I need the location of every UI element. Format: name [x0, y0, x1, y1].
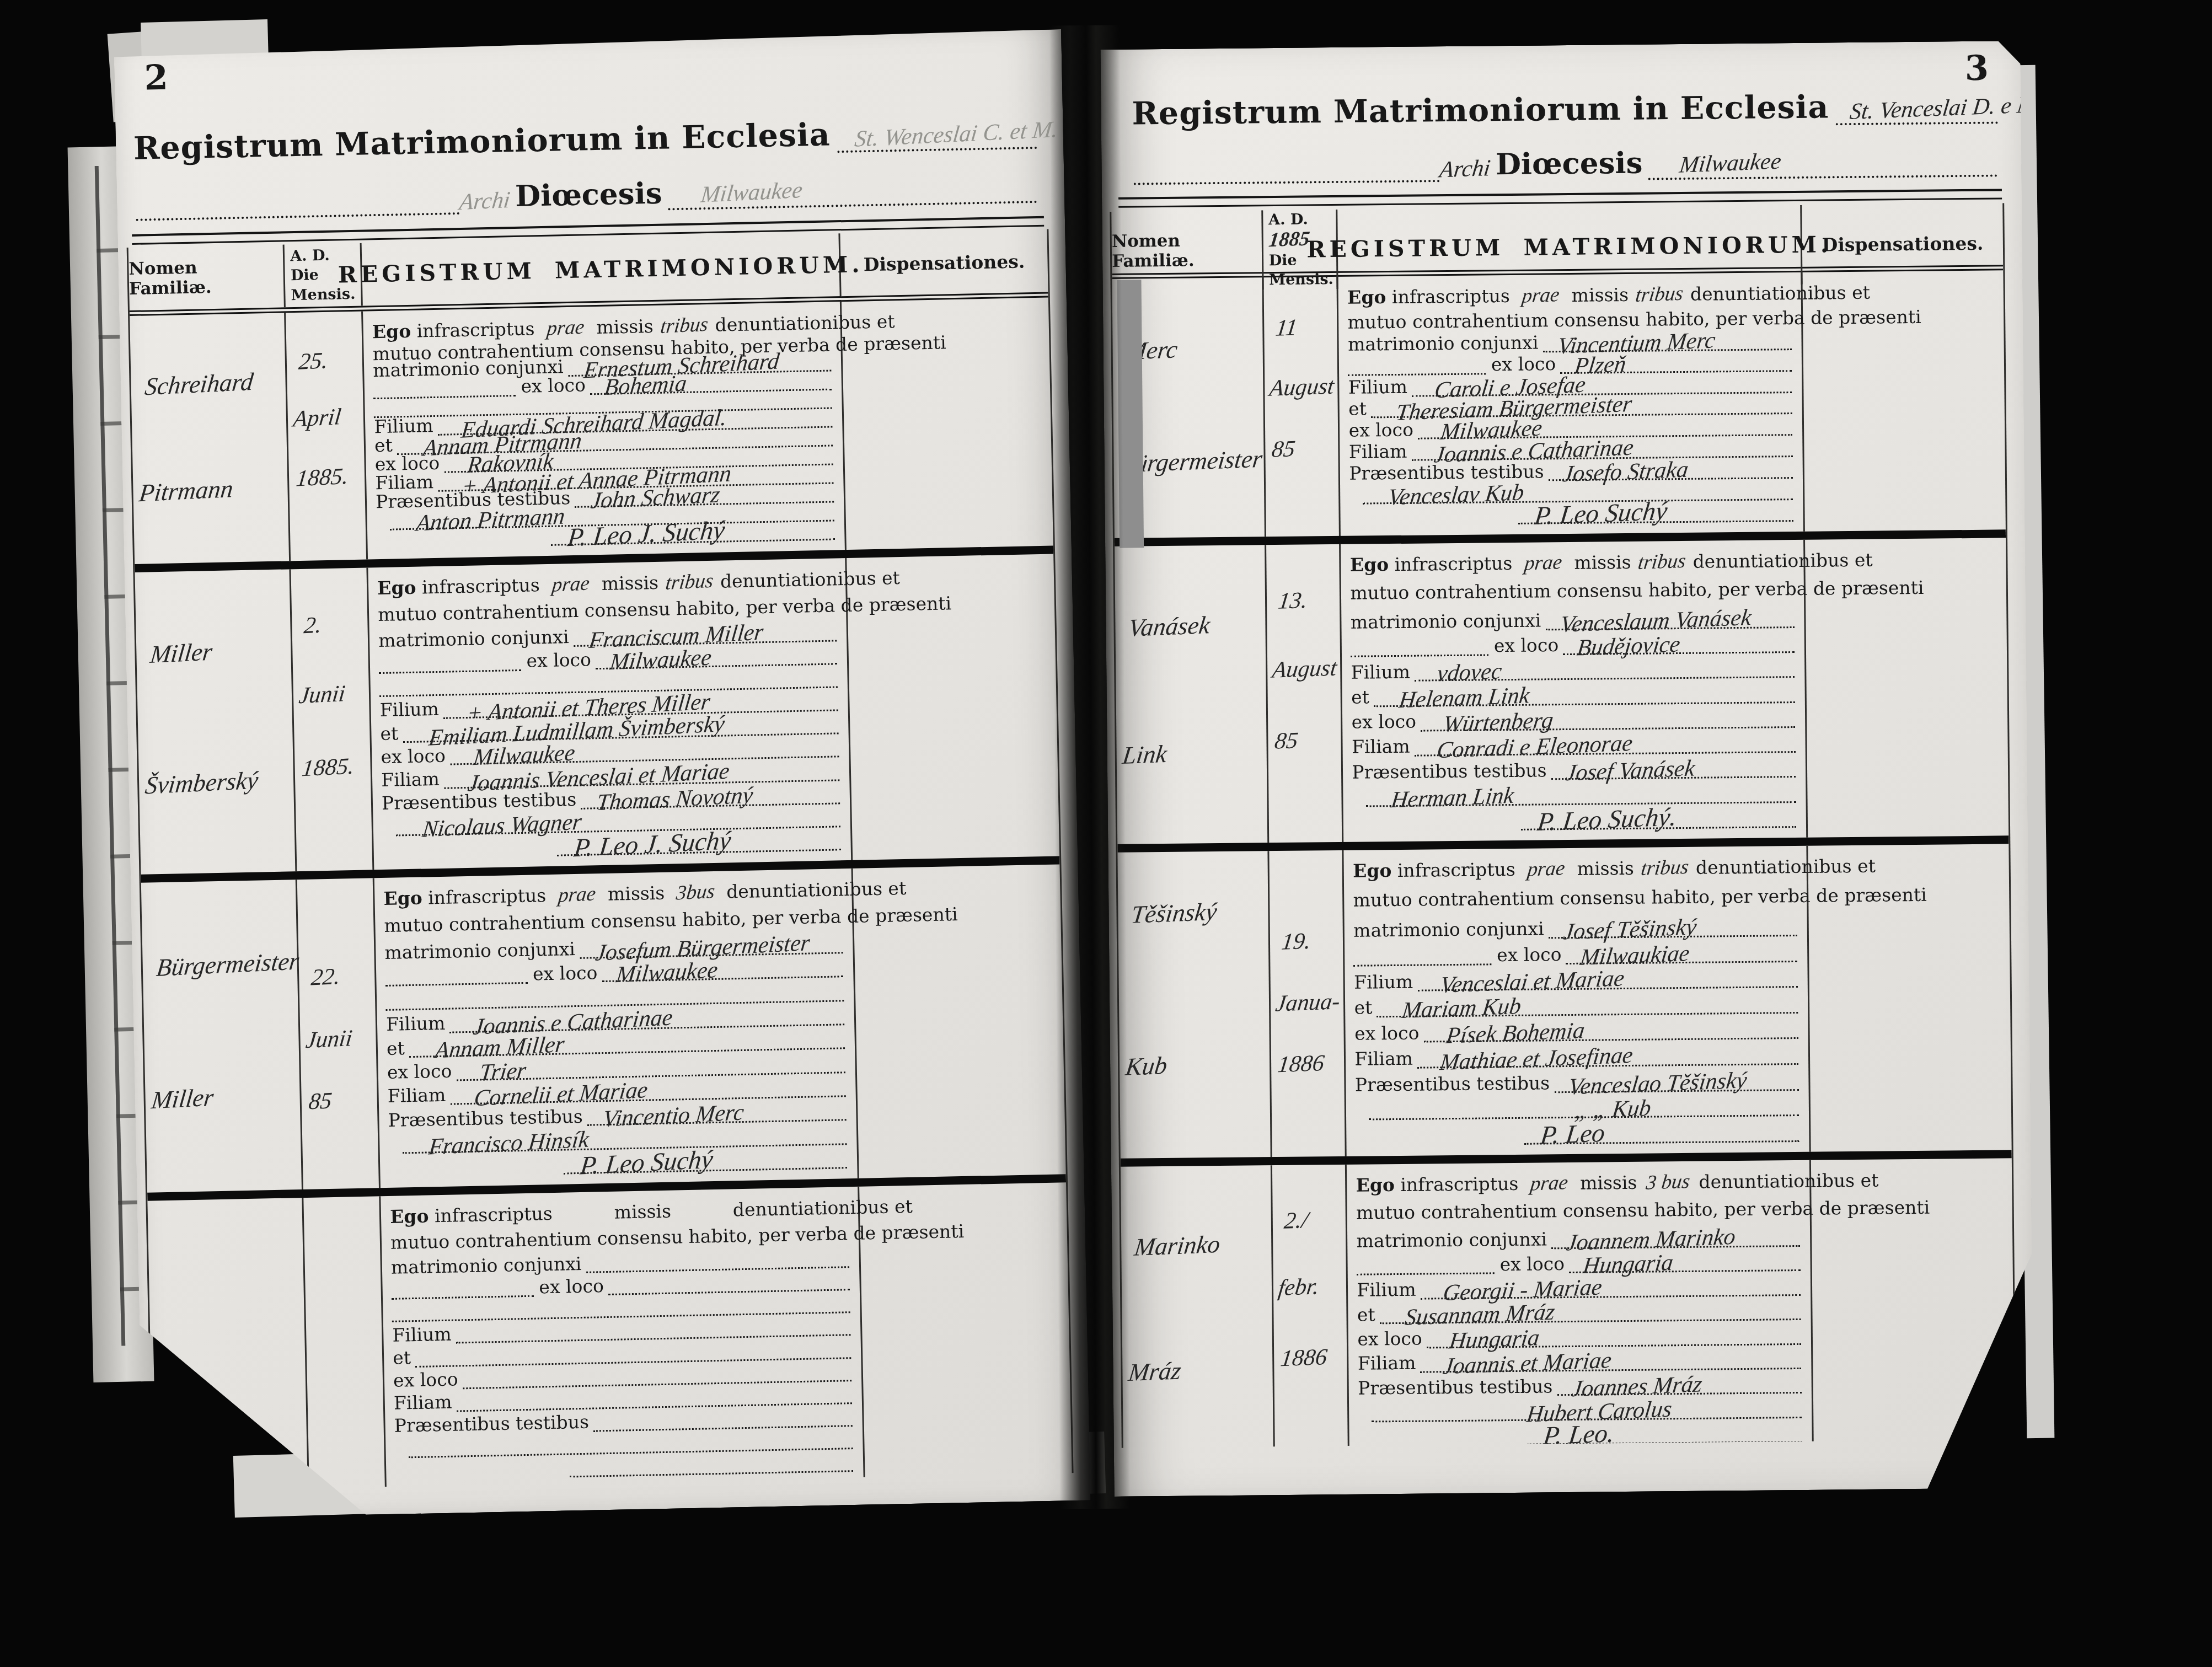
- date-month: Janua-: [1274, 990, 1342, 1016]
- praemissis-handwritten: prae: [1527, 858, 1566, 880]
- page-number: 2: [144, 57, 169, 98]
- date-month: August: [1271, 656, 1338, 682]
- dispensationes-cell: [859, 1182, 1072, 1481]
- priest-signature: P. Leo Suchý: [579, 1147, 715, 1180]
- witness-1: John Schwarz: [589, 483, 721, 513]
- bride-surname: Švimberský: [144, 768, 260, 798]
- diocese-line: Archi Diœcesis Milwaukee: [135, 167, 1037, 221]
- dispensationes-cell: [1803, 270, 2006, 531]
- marriage-record: Merc Bürgermeister 11 August 85 Ego infr…: [1112, 270, 2005, 538]
- bride-parents: Joannis et Mariae: [1442, 1349, 1613, 1379]
- col-header-registrum: REGISTRUM MATRIMONIORUM.: [362, 233, 842, 305]
- family-names-cell: Těšinský Kub: [1117, 851, 1272, 1159]
- date-cell: 2. Junii 1885.: [291, 567, 374, 871]
- church-name-line: St. Wenceslai C. et M.: [837, 147, 1037, 153]
- priest-signature: P. Leo Suchý.: [1536, 804, 1678, 835]
- date-cell: 19. Janua- 1886: [1269, 850, 1347, 1157]
- date-month: August: [1268, 374, 1336, 400]
- date-year: 85: [1273, 729, 1299, 753]
- groom-name: Josef Těšinský: [1562, 915, 1697, 944]
- dotted-rule: [1134, 180, 1440, 185]
- date-year: 1886: [1279, 1346, 1328, 1370]
- groom-place: Budějovice: [1576, 633, 1681, 660]
- date-day: 2./: [1283, 1208, 1309, 1232]
- priest-signature: P. Leo J. Suchý: [572, 828, 732, 861]
- bride-place: Hungaria: [1448, 1326, 1540, 1353]
- church-name-handwritten: St. Wenceslai C. et M.: [854, 118, 1059, 151]
- marriage-record: Marinko Mráz 2./ febr. 1886 Ego infrascr…: [1121, 1150, 2015, 1448]
- date-day: 25.: [298, 349, 329, 373]
- priest-signature: P. Leo Suchý: [1533, 499, 1669, 529]
- priest-signature: P. Leo J. Suchý: [566, 517, 726, 551]
- title-printed: Registrum Matrimoniorum in Ecclesia: [1132, 88, 1835, 132]
- date-year: 85: [1271, 437, 1297, 462]
- book-gutter-shadow: [1049, 25, 1131, 1509]
- record-text-cell: Ego infrascriptuspraemissistribusdenunti…: [1341, 540, 1808, 842]
- bride-place: Milwaukee: [472, 742, 576, 770]
- witness-2: Venceslav Kub: [1387, 481, 1525, 509]
- dispensationes-cell: [853, 864, 1066, 1178]
- diocese-name-line: Milwaukee: [1648, 174, 1997, 180]
- record-text-cell: Ego infrascriptusmissisdenuntiationibus …: [381, 1187, 865, 1491]
- diocesis-printed: Diœcesis: [1492, 146, 1648, 182]
- date-cell: 13. August 85: [1266, 544, 1344, 843]
- bride-surname: Pitrmann: [138, 476, 234, 506]
- family-names-cell: Vanásek Link: [1115, 545, 1269, 844]
- tribus-handwritten: tribus: [1640, 857, 1690, 879]
- bride-place: Písek Bohemia: [1445, 1020, 1586, 1048]
- witness-2: Herman Link: [1390, 784, 1515, 812]
- bride-surname: Miller: [150, 1085, 215, 1113]
- record-text-cell: Ego infrascriptuspraemissis3busdenuntiat…: [374, 869, 859, 1188]
- date-cell: 2./ febr. 1886: [1272, 1165, 1350, 1448]
- date-year: 85: [307, 1089, 333, 1113]
- dispensationes-cell: [842, 298, 1053, 550]
- record-text-cell: Ego infrascriptuspraemissistribusdenunti…: [363, 302, 847, 559]
- col-header-nomen: Nomen Familiæ.: [128, 244, 286, 310]
- register-table: Nomen Familiæ. A. D.1885 Die Mensis. REG…: [1110, 203, 2016, 1448]
- date-year: 1886: [1276, 1052, 1325, 1076]
- groom-place: Milwaukiae: [1578, 942, 1690, 969]
- marriage-record: Schreihard Pitrmann 25. April 1885. Ego …: [130, 298, 1053, 564]
- register-table: Nomen Familiæ. A. D. Die Mensis. REGISTR…: [127, 229, 1074, 1492]
- bride-surname: Link: [1121, 742, 1168, 768]
- diocesis-printed: Diœcesis: [512, 176, 668, 213]
- praemissis-handwritten: prae: [1521, 285, 1561, 307]
- dispensationes-cell: [847, 554, 1059, 860]
- date-day: 19.: [1280, 930, 1312, 954]
- church-name-handwritten: St. Venceslai D. e M.: [1849, 93, 2044, 124]
- dispensationes-cell: [1811, 1158, 2015, 1448]
- date-cell: 25. April 1885.: [286, 312, 368, 561]
- bride-place: Trier: [478, 1059, 527, 1084]
- diocese-name-handwritten: Milwaukee: [1678, 150, 1782, 177]
- groom-surname: Bürgermeister: [156, 949, 301, 981]
- praemissis-handwritten: prae: [557, 883, 597, 905]
- col-header-dispensationes: Dispensationes.: [840, 229, 1048, 297]
- date-month: April: [292, 405, 342, 431]
- tribus-handwritten: tribus: [1635, 283, 1685, 305]
- date-month: febr.: [1277, 1275, 1321, 1300]
- bride-surname: Mráz: [1127, 1358, 1182, 1385]
- date-month: Junii: [304, 1027, 354, 1052]
- bride-name: Mariam Kub: [1401, 995, 1523, 1022]
- record-text-cell: Ego infrascriptuspraemissistribusdenunti…: [1344, 846, 1811, 1156]
- church-name-line: St. Venceslai D. e M.: [1835, 121, 1997, 125]
- date-month: Junii: [298, 682, 347, 707]
- register-page-right: 3 Registrum Matrimoniorum in Ecclesia St…: [1100, 41, 2034, 1497]
- date-day: 11: [1274, 316, 1299, 340]
- groom-parents: vdovec: [1436, 660, 1503, 686]
- marriage-record: Miller Švimberský 2. Junii 1885. Ego inf…: [135, 546, 1059, 875]
- tribus-handwritten: 3 bus: [1645, 1171, 1691, 1193]
- diocese-name-line: Milwaukee: [668, 201, 1037, 210]
- page-title: Registrum Matrimoniorum in Ecclesia St. …: [1132, 81, 1998, 132]
- family-names-cell: Miller Švimberský: [135, 569, 297, 875]
- groom-surname: Vanásek: [1127, 613, 1212, 641]
- date-cell: [304, 1196, 387, 1491]
- marriage-record-blank: Ego infrascriptusmissisdenuntiationibus …: [147, 1174, 1072, 1491]
- date-day: 13.: [1277, 589, 1309, 613]
- groom-surname: Těšinský: [1130, 899, 1218, 928]
- marriage-record: Bürgermeister Miller 22. Junii 85 Ego in…: [141, 856, 1065, 1192]
- priest-signature: P. Leo: [1539, 1121, 1606, 1149]
- dispensationes-cell: [1808, 844, 2012, 1151]
- date-day: 2.: [303, 614, 323, 638]
- date-day: 22.: [310, 965, 341, 990]
- record-text-cell: Ego infrascriptuspraemissis3 busdenuntia…: [1347, 1160, 1814, 1448]
- groom-surname: Miller: [149, 639, 213, 667]
- groom-place: Hungaria: [1582, 1251, 1674, 1278]
- year-handwritten: 1885: [1267, 228, 1310, 250]
- date-cell: 22. Junii 85: [297, 878, 381, 1189]
- bride-name: Helenam Link: [1397, 684, 1531, 712]
- page-title: Registrum Matrimoniorum in Ecclesia St. …: [133, 106, 1037, 167]
- witness-1: Josef Vanásek: [1565, 757, 1696, 785]
- groom-place: Milwaukee: [615, 958, 719, 987]
- archi-handwritten: Archi: [458, 189, 511, 215]
- praemissis-handwritten: prae: [551, 573, 591, 595]
- date-year: 1885.: [294, 465, 349, 491]
- family-names-cell: [147, 1198, 309, 1492]
- praemissis-handwritten: prae: [1523, 552, 1563, 574]
- groom-place: Milwaukee: [609, 646, 713, 674]
- tribus-handwritten: tribus: [659, 314, 709, 337]
- priest-signature: P. Leo.: [1542, 1421, 1616, 1448]
- tribus-handwritten: 3bus: [675, 881, 716, 904]
- diocese-name-handwritten: Milwaukee: [700, 179, 804, 207]
- groom-place: Bohemia: [603, 372, 688, 399]
- family-names-cell: Marinko Mráz: [1121, 1165, 1275, 1448]
- register-page-left: 2 Registrum Matrimoniorum in Ecclesia St…: [114, 29, 1090, 1519]
- archi-handwritten: Archi: [1438, 157, 1492, 182]
- tribus-handwritten: tribus: [665, 571, 714, 593]
- praemissis-handwritten: prae: [1529, 1172, 1569, 1194]
- title-printed: Registrum Matrimoniorum in Ecclesia: [133, 116, 837, 167]
- dotted-rule: [136, 212, 459, 221]
- groom-surname: Marinko: [1133, 1232, 1222, 1260]
- groom-surname: Schreihard: [144, 369, 255, 399]
- dispensationes-cell: [1805, 538, 2009, 837]
- record-text-cell: Ego infrascriptuspraemissistribusdenunti…: [368, 558, 853, 870]
- witness-1: Joannes Mráz: [1571, 1373, 1704, 1401]
- tribus-handwritten: tribus: [1637, 551, 1687, 573]
- date-cell: 11 August 85: [1263, 277, 1341, 537]
- date-year: 1885.: [301, 754, 355, 780]
- praemissis-handwritten: prae: [546, 317, 586, 339]
- bride-surname: Kub: [1124, 1053, 1168, 1080]
- marriage-record: Těšinský Kub 19. Janua- 1886 Ego infrasc…: [1117, 835, 2011, 1158]
- record-text-cell: Ego infrascriptuspraemissistribusdenunti…: [1338, 272, 1805, 536]
- family-names-cell: Bürgermeister Miller: [141, 880, 303, 1193]
- table-header-row: Nomen Familiæ. A. D.1885 Die Mensis. REG…: [1111, 203, 2003, 279]
- diocese-line: Archi Diœcesis Milwaukee: [1133, 140, 1997, 185]
- witness-1: Josefo Straka: [1562, 458, 1690, 486]
- bride-place: Würtenberg: [1442, 709, 1554, 736]
- family-names-cell: Schreihard Pitrmann: [130, 313, 291, 564]
- marriage-record: Vanásek Link 13. August 85 Ego infrascri…: [1115, 529, 2009, 844]
